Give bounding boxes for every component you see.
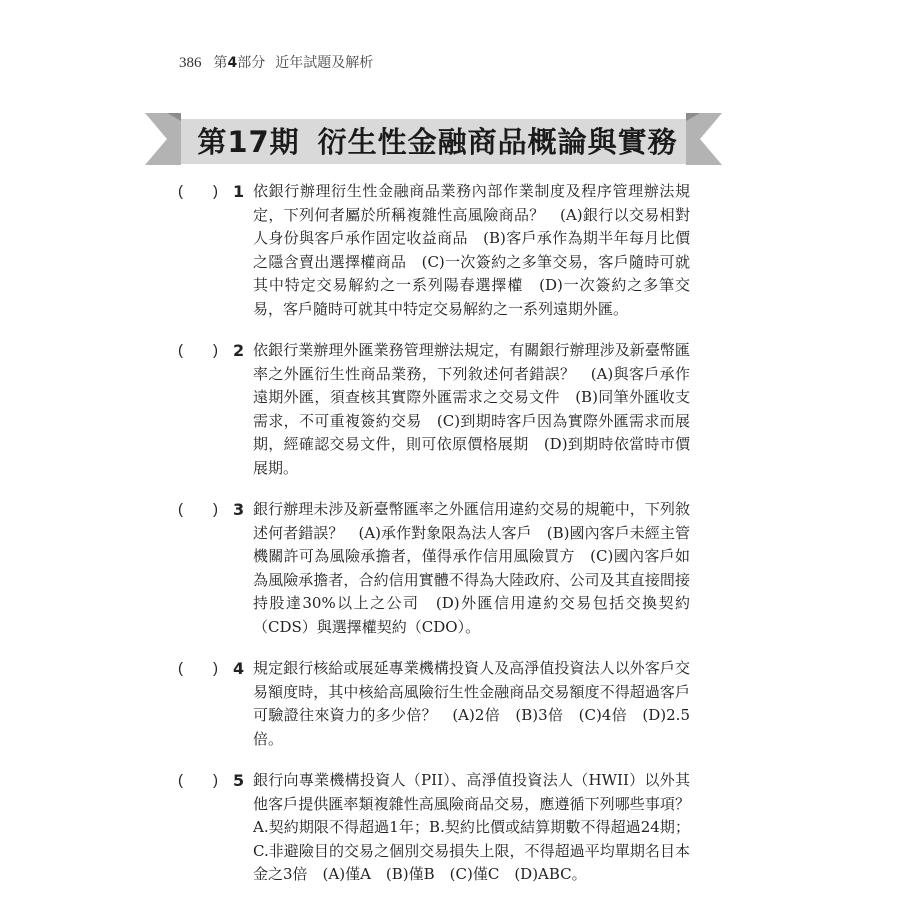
subject-title: 衍生性金融商品概論與實務 <box>318 120 678 161</box>
running-head: 386 第4部分 近年試題及解析 <box>179 52 373 72</box>
question-item: ( ) 4 規定銀行核給或展延專業機構投資人及高淨值投資法人以外客戶交易額度時，… <box>0 657 900 751</box>
page-number: 386 <box>179 55 202 72</box>
question-text: 規定銀行核給或展延專業機構投資人及高淨值投資法人以外客戶交易額度時，其中核給高風… <box>253 657 690 751</box>
answer-blank[interactable]: ( ) <box>178 339 218 363</box>
answer-open-paren: ( <box>178 657 183 681</box>
question-text: 銀行向專業機構投資人（PII）、高淨值投資法人（HWII）以外其他客戶提供匯率類… <box>253 769 690 887</box>
question-number: 3 <box>233 498 244 522</box>
part-label: 第4部分 <box>214 52 266 72</box>
answer-close-paren: ) <box>213 180 218 204</box>
question-item: ( ) 1 依銀行辦理衍生性金融商品業務內部作業制度及程序管理辦法規定，下列何者… <box>0 180 900 321</box>
question-text: 依銀行辦理衍生性金融商品業務內部作業制度及程序管理辦法規定，下列何者屬於所稱複雜… <box>253 180 690 321</box>
part-suffix: 部分 <box>237 55 265 71</box>
part-prefix: 第 <box>214 55 228 71</box>
question-item: ( ) 2 依銀行業辦理外匯業務管理辦法規定，有關銀行辦理涉及新臺幣匯率之外匯衍… <box>0 339 900 480</box>
answer-open-paren: ( <box>178 498 183 522</box>
question-text: 依銀行業辦理外匯業務管理辦法規定，有關銀行辦理涉及新臺幣匯率之外匯衍生性商品業務… <box>253 339 690 480</box>
answer-blank[interactable]: ( ) <box>178 498 218 522</box>
chapter-title: 第17期 衍生性金融商品概論與實務 <box>181 118 694 162</box>
answer-open-paren: ( <box>178 180 183 204</box>
question-text: 銀行辦理未涉及新臺幣匯率之外匯信用違約交易的規範中，下列敘述何者錯誤？ (A)承… <box>253 498 690 639</box>
answer-blank[interactable]: ( ) <box>178 180 218 204</box>
answer-close-paren: ) <box>213 657 218 681</box>
answer-close-paren: ) <box>213 339 218 363</box>
answer-blank[interactable]: ( ) <box>178 769 218 793</box>
answer-close-paren: ) <box>213 769 218 793</box>
question-number: 5 <box>233 769 244 793</box>
question-item: ( ) 5 銀行向專業機構投資人（PII）、高淨值投資法人（HWII）以外其他客… <box>0 769 900 887</box>
question-list: ( ) 1 依銀行辦理衍生性金融商品業務內部作業制度及程序管理辦法規定，下列何者… <box>0 180 900 900</box>
part-number: 4 <box>228 55 238 71</box>
answer-open-paren: ( <box>178 769 183 793</box>
answer-open-paren: ( <box>178 339 183 363</box>
section-title: 近年試題及解析 <box>275 52 373 72</box>
question-number: 1 <box>233 180 244 204</box>
issue-number: 第17期 <box>197 120 299 161</box>
question-item: ( ) 3 銀行辦理未涉及新臺幣匯率之外匯信用違約交易的規範中，下列敘述何者錯誤… <box>0 498 900 639</box>
answer-close-paren: ) <box>213 498 218 522</box>
question-number: 4 <box>233 657 244 681</box>
question-number: 2 <box>233 339 244 363</box>
answer-blank[interactable]: ( ) <box>178 657 218 681</box>
chapter-banner: 第17期 衍生性金融商品概論與實務 <box>145 107 722 169</box>
